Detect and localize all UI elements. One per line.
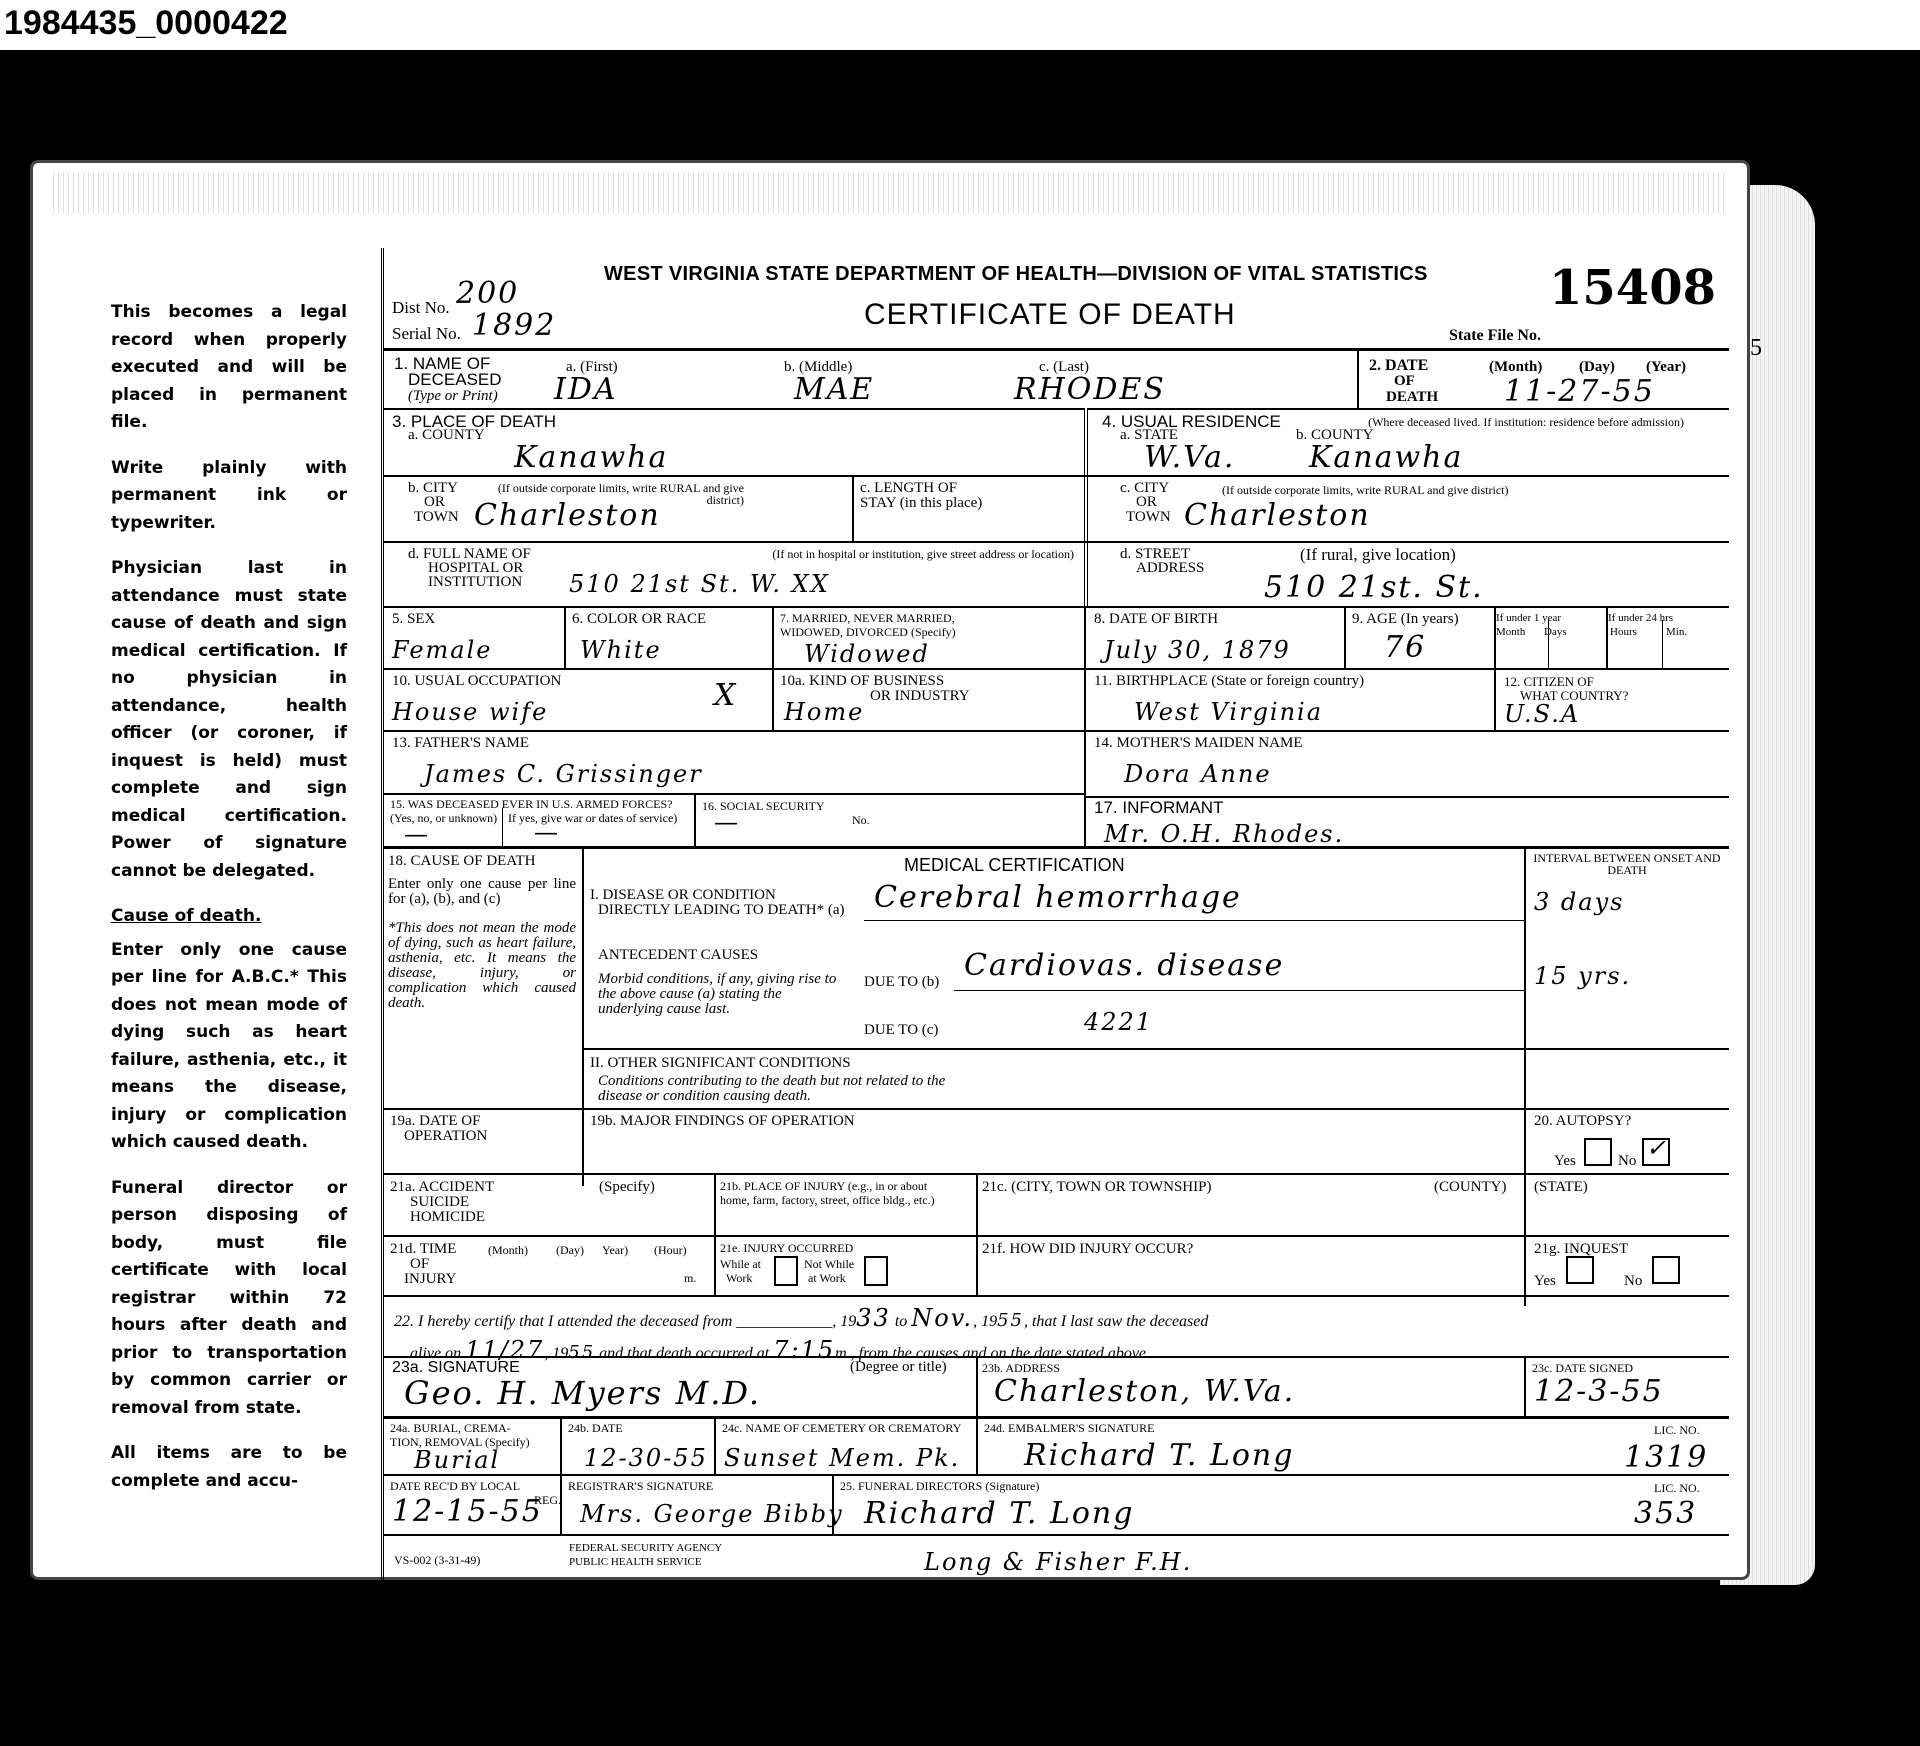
injury-occurred-label: 21e. INJURY OCCURRED — [720, 1242, 853, 1254]
embalmer-label: 24d. EMBALMER'S SIGNATURE — [984, 1422, 1155, 1434]
physician-address: Charleston, W.Va. — [994, 1374, 1295, 1409]
cause-heading: Cause of death. — [111, 903, 347, 931]
middle-name-value: MAE — [794, 372, 874, 407]
while-at-label: While at — [720, 1258, 761, 1270]
injury-year-label: Year) — [602, 1244, 628, 1256]
death-county-value: Kanawha — [514, 440, 668, 475]
instruction-physician: Physician last in attendance must state … — [111, 555, 347, 885]
cause-instr: Enter only one cause per line for (a), (… — [388, 877, 576, 907]
autopsy-label: 20. AUTOPSY? — [1534, 1114, 1631, 1129]
operation-date-label: 19a. DATE OF — [390, 1114, 480, 1129]
first-name-value: IDA — [554, 372, 618, 407]
stay-label: c. LENGTH OF — [860, 481, 957, 496]
f2-label3: DEATH — [1386, 390, 1438, 405]
instruction-final: All items are to be complete and accu- — [111, 1440, 347, 1495]
funeral-director-label: 25. FUNERAL DIRECTORS (Signature) — [840, 1480, 1039, 1492]
cause-label: 18. CAUSE OF DEATH — [388, 854, 576, 869]
burial-date-label: 24b. DATE — [568, 1422, 623, 1434]
business-label2: OR INDUSTRY — [870, 689, 970, 704]
race-value: White — [580, 636, 662, 664]
armed-forces-dates-value: — — [534, 818, 560, 846]
agency-title: WEST VIRGINIA STATE DEPARTMENT OF HEALTH… — [604, 263, 1428, 286]
embalmer-lic-value: 1319 — [1624, 1440, 1708, 1475]
degree-label: (Degree or title) — [850, 1360, 947, 1375]
death-certificate-form: WEST VIRGINIA STATE DEPARTMENT OF HEALTH… — [381, 248, 1726, 1588]
disease-label2: DIRECTLY LEADING TO DEATH* (a) — [598, 903, 845, 918]
funeral-lic-label: LIC. NO. — [1654, 1482, 1700, 1494]
medical-certification-title: MEDICAL CERTIFICATION — [904, 858, 1125, 873]
serial-no-value: 1892 — [472, 308, 556, 343]
street-label2: ADDRESS — [1136, 561, 1204, 576]
father-label: 13. FATHER'S NAME — [392, 736, 529, 751]
disposition-label: 24a. BURIAL, CREMA- — [390, 1422, 511, 1434]
attended-from-year: 33 — [856, 1304, 891, 1332]
age-label: 9. AGE (In years) — [1352, 612, 1459, 627]
marital-label2: WIDOWED, DIVORCED (Specify) — [780, 626, 956, 638]
date-received-value: 12-15-55 — [392, 1494, 543, 1529]
f2-label: 2. DATE — [1369, 358, 1428, 373]
certify-line-2: alive on 11/27, 1955 and that death occu… — [410, 1336, 1150, 1364]
inquest-yes-label: Yes — [1534, 1274, 1556, 1289]
sex-label: 5. SEX — [392, 612, 435, 627]
registrar-label: REGISTRAR'S SIGNATURE — [568, 1480, 713, 1492]
embalmer-signature: Richard T. Long — [1024, 1438, 1294, 1473]
marital-label: 7. MARRIED, NEVER MARRIED, — [780, 612, 955, 624]
cause-a-value: Cerebral hemorrhage — [874, 880, 1242, 915]
cause-a-interval: 3 days — [1534, 888, 1624, 916]
at-work-label: at Work — [808, 1272, 846, 1284]
cemetery-label: 24c. NAME OF CEMETERY OR CREMATORY — [722, 1422, 961, 1434]
injury-hour-label: (Hour) — [654, 1244, 687, 1256]
cause-instructions: 18. CAUSE OF DEATH Enter only one cause … — [388, 854, 576, 1011]
age-value: 76 — [1384, 630, 1426, 665]
form-number: VS-002 (3-31-49) — [394, 1554, 480, 1566]
res-city-town: TOWN — [1126, 510, 1171, 525]
inquest-yes-checkbox[interactable] — [1566, 1256, 1594, 1284]
address-label: 23b. ADDRESS — [982, 1362, 1060, 1374]
armed-forces-value: — — [404, 820, 430, 848]
registrar-signature: Mrs. George Bibby — [580, 1500, 844, 1528]
father-value: James C. Grissinger — [424, 760, 703, 788]
antecedent-note: Morbid conditions, if any, giving rise t… — [598, 972, 848, 1017]
min-label: Min. — [1666, 626, 1687, 638]
informant-label: 17. INFORMANT — [1094, 800, 1223, 815]
informant-value: Mr. O.H. Rhodes. — [1104, 820, 1344, 848]
cemetery-value: Sunset Mem. Pk. — [724, 1444, 960, 1472]
injury-time-of: OF — [410, 1257, 429, 1272]
paper-edge — [53, 173, 1727, 213]
injury-city-label: 21c. (CITY, TOWN OR TOWNSHIP) — [982, 1180, 1211, 1195]
footer-agency2: PUBLIC HEALTH SERVICE — [569, 1556, 702, 1568]
specify-label: (Specify) — [599, 1180, 655, 1195]
cause-c-value: 4221 — [1084, 1008, 1153, 1036]
death-time-value: 7:15 — [773, 1336, 835, 1364]
due-to-b-label: DUE TO (b) — [864, 975, 939, 990]
occupation-value: House wife — [392, 698, 548, 726]
document-id: 1984435_0000422 — [4, 4, 288, 43]
inquest-no-checkbox[interactable] — [1652, 1256, 1680, 1284]
death-year-label: (Year) — [1646, 360, 1686, 375]
suicide-label: SUICIDE — [410, 1195, 469, 1210]
res-state-value: W.Va. — [1144, 440, 1235, 475]
dist-no-label: Dist No. — [392, 300, 450, 315]
cause-b-value: Cardiovas. disease — [964, 948, 1284, 983]
last-name-value: RHODES — [1014, 372, 1166, 407]
check-mark-icon: ✓ — [1646, 1134, 1668, 1162]
state-file-stamp: 15408 — [1549, 260, 1716, 316]
res-city-note: (If outside corporate limits, write RURA… — [1222, 484, 1509, 496]
serial-no-label: Serial No. — [392, 326, 461, 341]
mother-value: Dora Anne — [1124, 760, 1272, 788]
dob-label: 8. DATE OF BIRTH — [1094, 612, 1218, 627]
business-label: 10a. KIND OF BUSINESS — [780, 674, 944, 689]
autopsy-yes-label: Yes — [1554, 1154, 1576, 1169]
how-injury-label: 21f. HOW DID INJURY OCCUR? — [982, 1242, 1193, 1257]
form-title: CERTIFICATE OF DEATH — [864, 298, 1236, 332]
inquest-label: 21g. INQUEST — [1534, 1242, 1628, 1257]
street-note: (If rural, give location) — [1300, 547, 1456, 562]
not-while-label: Not While — [804, 1258, 854, 1270]
cause-note: *This does not mean the mode of dying, s… — [388, 921, 576, 1011]
occupation-label: 10. USUAL OCCUPATION — [392, 674, 561, 689]
injury-day-label: (Day) — [556, 1244, 584, 1256]
other-conditions-label: II. OTHER SIGNIFICANT CONDITIONS — [590, 1056, 851, 1071]
hospital-label3: INSTITUTION — [428, 575, 522, 590]
footer-agency1: FEDERAL SECURITY AGENCY — [569, 1542, 722, 1554]
date-of-death-value: 11-27-55 — [1504, 374, 1655, 409]
citizen-label: 12. CITIZEN OF — [1504, 674, 1594, 689]
instruction-cause: Enter only one cause per line for A.B.C.… — [111, 937, 347, 1157]
other-conditions-note: Conditions contributing to the death but… — [598, 1074, 948, 1104]
instruction-legal: This becomes a legal record when properl… — [111, 299, 347, 437]
ssn-label2: No. — [852, 814, 870, 826]
interval-label: INTERVAL BETWEEN ONSET AND DEATH — [1532, 852, 1722, 876]
street-value: 510 21st. St. — [1264, 570, 1484, 605]
injury-place-label2: home, farm, factory, street, office bldg… — [720, 1194, 935, 1206]
mother-label: 14. MOTHER'S MAIDEN NAME — [1094, 736, 1303, 751]
dist-no-value: 200 — [456, 276, 519, 311]
state-file-label: State File No. — [1449, 328, 1541, 343]
injury-county-label: (COUNTY) — [1434, 1180, 1507, 1195]
physician-signature: Geo. H. Myers M.D. — [404, 1374, 761, 1412]
hospital-note: (If not in hospital or institution, give… — [624, 548, 1074, 560]
attended-to-year: 55 — [997, 1310, 1024, 1331]
funeral-lic-value: 353 — [1634, 1496, 1697, 1531]
certificate-paper: This becomes a legal record when properl… — [30, 160, 1750, 1580]
header-bar: 1984435_0000422 — [0, 0, 1920, 50]
f1-label: 1. NAME OF — [394, 356, 490, 371]
not-at-work-checkbox[interactable] — [864, 1256, 888, 1286]
birthplace-label: 11. BIRTHPLACE (State or foreign country… — [1094, 674, 1364, 689]
autopsy-yes-checkbox[interactable] — [1584, 1138, 1612, 1166]
instruction-write: Write plainly with permanent ink or type… — [111, 455, 347, 538]
res-city-or: OR — [1136, 495, 1157, 510]
f1-label2: DECEASED — [408, 372, 502, 387]
marital-value: Widowed — [804, 640, 930, 668]
inquest-no-label: No — [1624, 1274, 1642, 1289]
embalmer-lic-label: LIC. NO. — [1654, 1424, 1700, 1436]
death-city-or: OR — [424, 495, 445, 510]
birthplace-value: West Virginia — [1134, 698, 1323, 726]
death-day-label: (Day) — [1579, 360, 1615, 375]
ssn-value: — — [714, 808, 740, 836]
death-county-label: a. COUNTY — [408, 428, 485, 443]
sex-value: Female — [392, 636, 493, 664]
death-city-value: Charleston — [474, 498, 661, 533]
armed-forces-label: 15. WAS DECEASED EVER IN U.S. ARMED FORC… — [390, 798, 672, 810]
injury-state-label: (STATE) — [1534, 1180, 1588, 1195]
dob-value: July 30, 1879 — [1104, 636, 1291, 664]
stay-label2: STAY (in this place) — [860, 496, 982, 511]
burial-date-value: 12-30-55 — [584, 1444, 708, 1472]
injury-time-injury: INJURY — [404, 1272, 457, 1287]
autopsy-no-label: No — [1618, 1154, 1636, 1169]
death-month-label: (Month) — [1489, 360, 1542, 375]
injury-m-label: m. — [684, 1272, 696, 1284]
race-label: 6. COLOR OR RACE — [572, 612, 706, 627]
instructions-sidebar: This becomes a legal record when properl… — [111, 299, 347, 1513]
funeral-home-note: Long & Fisher F.H. — [924, 1548, 1192, 1576]
while-at-work-checkbox[interactable] — [774, 1256, 798, 1286]
res-city-value: Charleston — [1184, 498, 1371, 533]
last-seen-year: 55 — [568, 1342, 595, 1363]
death-city-town: TOWN — [414, 510, 459, 525]
occupation-mark: X — [714, 678, 737, 713]
f1-label3: (Type or Print) — [408, 389, 498, 404]
date-signed-value: 12-3-55 — [1534, 1374, 1664, 1409]
business-value: Home — [784, 698, 864, 726]
f2-label2: OF — [1394, 374, 1415, 389]
autopsy-no-checkbox[interactable]: ✓ — [1642, 1138, 1670, 1166]
homicide-label: HOMICIDE — [410, 1210, 485, 1225]
injury-month-label: (Month) — [488, 1244, 528, 1256]
disposition-value: Burial — [414, 1446, 500, 1474]
injury-place-label: 21b. PLACE OF INJURY (e.g., in or about — [720, 1180, 927, 1192]
certify-line-1: 22. I hereby certify that I attended the… — [394, 1304, 1208, 1332]
attended-to-value: Nov. — [911, 1304, 973, 1332]
date-received-label: DATE REC'D BY LOCAL — [390, 1480, 520, 1492]
signature-label: 23a. SIGNATURE — [392, 1360, 520, 1375]
month-label: Month — [1496, 626, 1525, 638]
cause-b-interval: 15 yrs. — [1534, 962, 1631, 990]
work-label: Work — [726, 1272, 752, 1284]
under1-label: If under 1 year — [1496, 612, 1561, 624]
due-to-c-label: DUE TO (c) — [864, 1023, 938, 1038]
hours-label: Hours — [1610, 626, 1637, 638]
under24-label: If under 24 hrs — [1608, 612, 1673, 624]
operation-findings-label: 19b. MAJOR FINDINGS OF OPERATION — [590, 1114, 855, 1129]
disease-label: I. DISEASE OR CONDITION — [590, 888, 776, 903]
funeral-director-signature: Richard T. Long — [864, 1496, 1134, 1531]
citizen-value: U.S.A — [1504, 700, 1580, 728]
hospital-value: 510 21st St. W. XX — [569, 570, 830, 598]
antecedent-label: ANTECEDENT CAUSES — [598, 948, 758, 963]
date-signed-label: 23c. DATE SIGNED — [1532, 1362, 1633, 1374]
res-county-value: Kanawha — [1309, 440, 1463, 475]
instruction-funeral: Funeral director or person disposing of … — [111, 1175, 347, 1423]
injury-time-label: 21d. TIME — [390, 1242, 456, 1257]
accident-label: 21a. ACCIDENT — [390, 1180, 494, 1195]
operation-date-label2: OPERATION — [404, 1129, 487, 1144]
